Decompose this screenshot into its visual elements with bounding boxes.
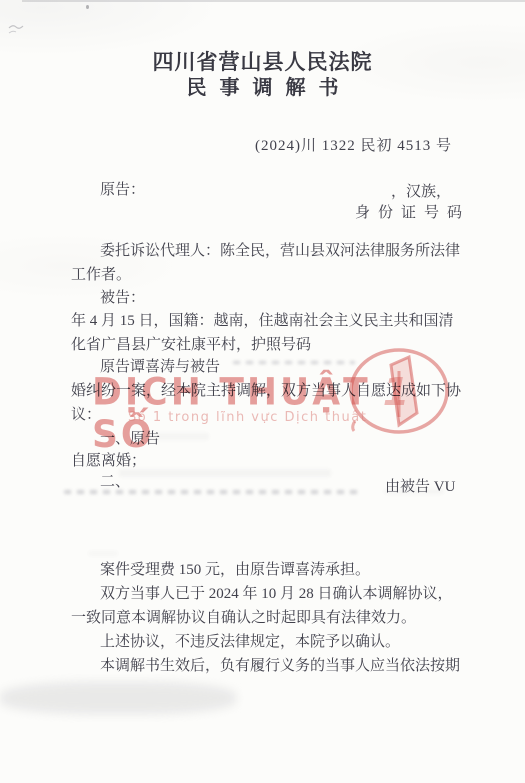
confirmation-line-3: 上述协议，不违反法律规定，本院予以确认。 xyxy=(100,632,400,653)
agent-line-2: 工作者。 xyxy=(71,265,131,286)
scan-speck xyxy=(88,551,118,556)
plaintiff-ethnicity: ，汉族， xyxy=(391,182,451,203)
pencil-mark xyxy=(7,22,27,38)
plaintiff-label: 原告： xyxy=(100,180,145,201)
redaction-remnant xyxy=(233,361,355,364)
confirmation-line-2: 一致同意本调解协议自确认之时起即具有法律效力。 xyxy=(71,608,416,629)
agreement-item-1-cont: 自愿离婚； xyxy=(71,451,146,472)
dispute-intro-2: 婚纠纷一案，经本院主持调解，双方当事人自愿达成如下协 xyxy=(71,381,461,402)
id-number-label: 身份证号码 xyxy=(355,203,470,224)
defendant-label: 被告： xyxy=(100,288,145,309)
dispute-intro-3: 议： xyxy=(71,405,101,426)
scan-edge-line xyxy=(22,0,525,2)
agent-line-1: 委托诉讼代理人：陈全民，营山县双河法律服务所法律 xyxy=(100,241,460,262)
defendant-info-1: 年 4 月 15 日，国籍：越南，住越南社会主义民主共和国清 xyxy=(71,311,454,332)
confirmation-line-4: 本调解书生效后，负有履行义务的当事人应当依法按期 xyxy=(100,656,460,677)
dispute-intro-1: 原告谭喜涛与被告 xyxy=(100,357,220,378)
agreement-item-2-fragment: 由被告 VU xyxy=(385,477,455,498)
court-fee-line: 案件受理费 150 元，由原告谭喜涛承担。 xyxy=(100,560,370,581)
confirmation-line-1: 双方当事人已于 2024 年 10 月 28 日确认本调解协议， xyxy=(100,584,453,605)
scan-shadow xyxy=(0,682,236,714)
document-type-title: 民事调解书 xyxy=(0,78,525,99)
defendant-info-2: 化省广昌县广安社康平村，护照号码 xyxy=(71,335,311,356)
agreement-item-1: 一、原告 xyxy=(100,429,160,450)
watermark-tagline: Số 1 trong lĩnh vực Dịch thuật xyxy=(128,410,367,425)
case-number: (2024)川 1322 民初 4513 号 xyxy=(255,136,452,157)
redaction-remnant xyxy=(119,469,331,477)
scan-speck xyxy=(86,5,89,9)
agreement-item-2: 二、 xyxy=(100,472,130,493)
scanned-document-page: 四川省营山县人民法院 民事调解书 (2024)川 1322 民初 4513 号 … xyxy=(0,0,525,783)
court-name: 四川省营山县人民法院 xyxy=(0,52,525,73)
